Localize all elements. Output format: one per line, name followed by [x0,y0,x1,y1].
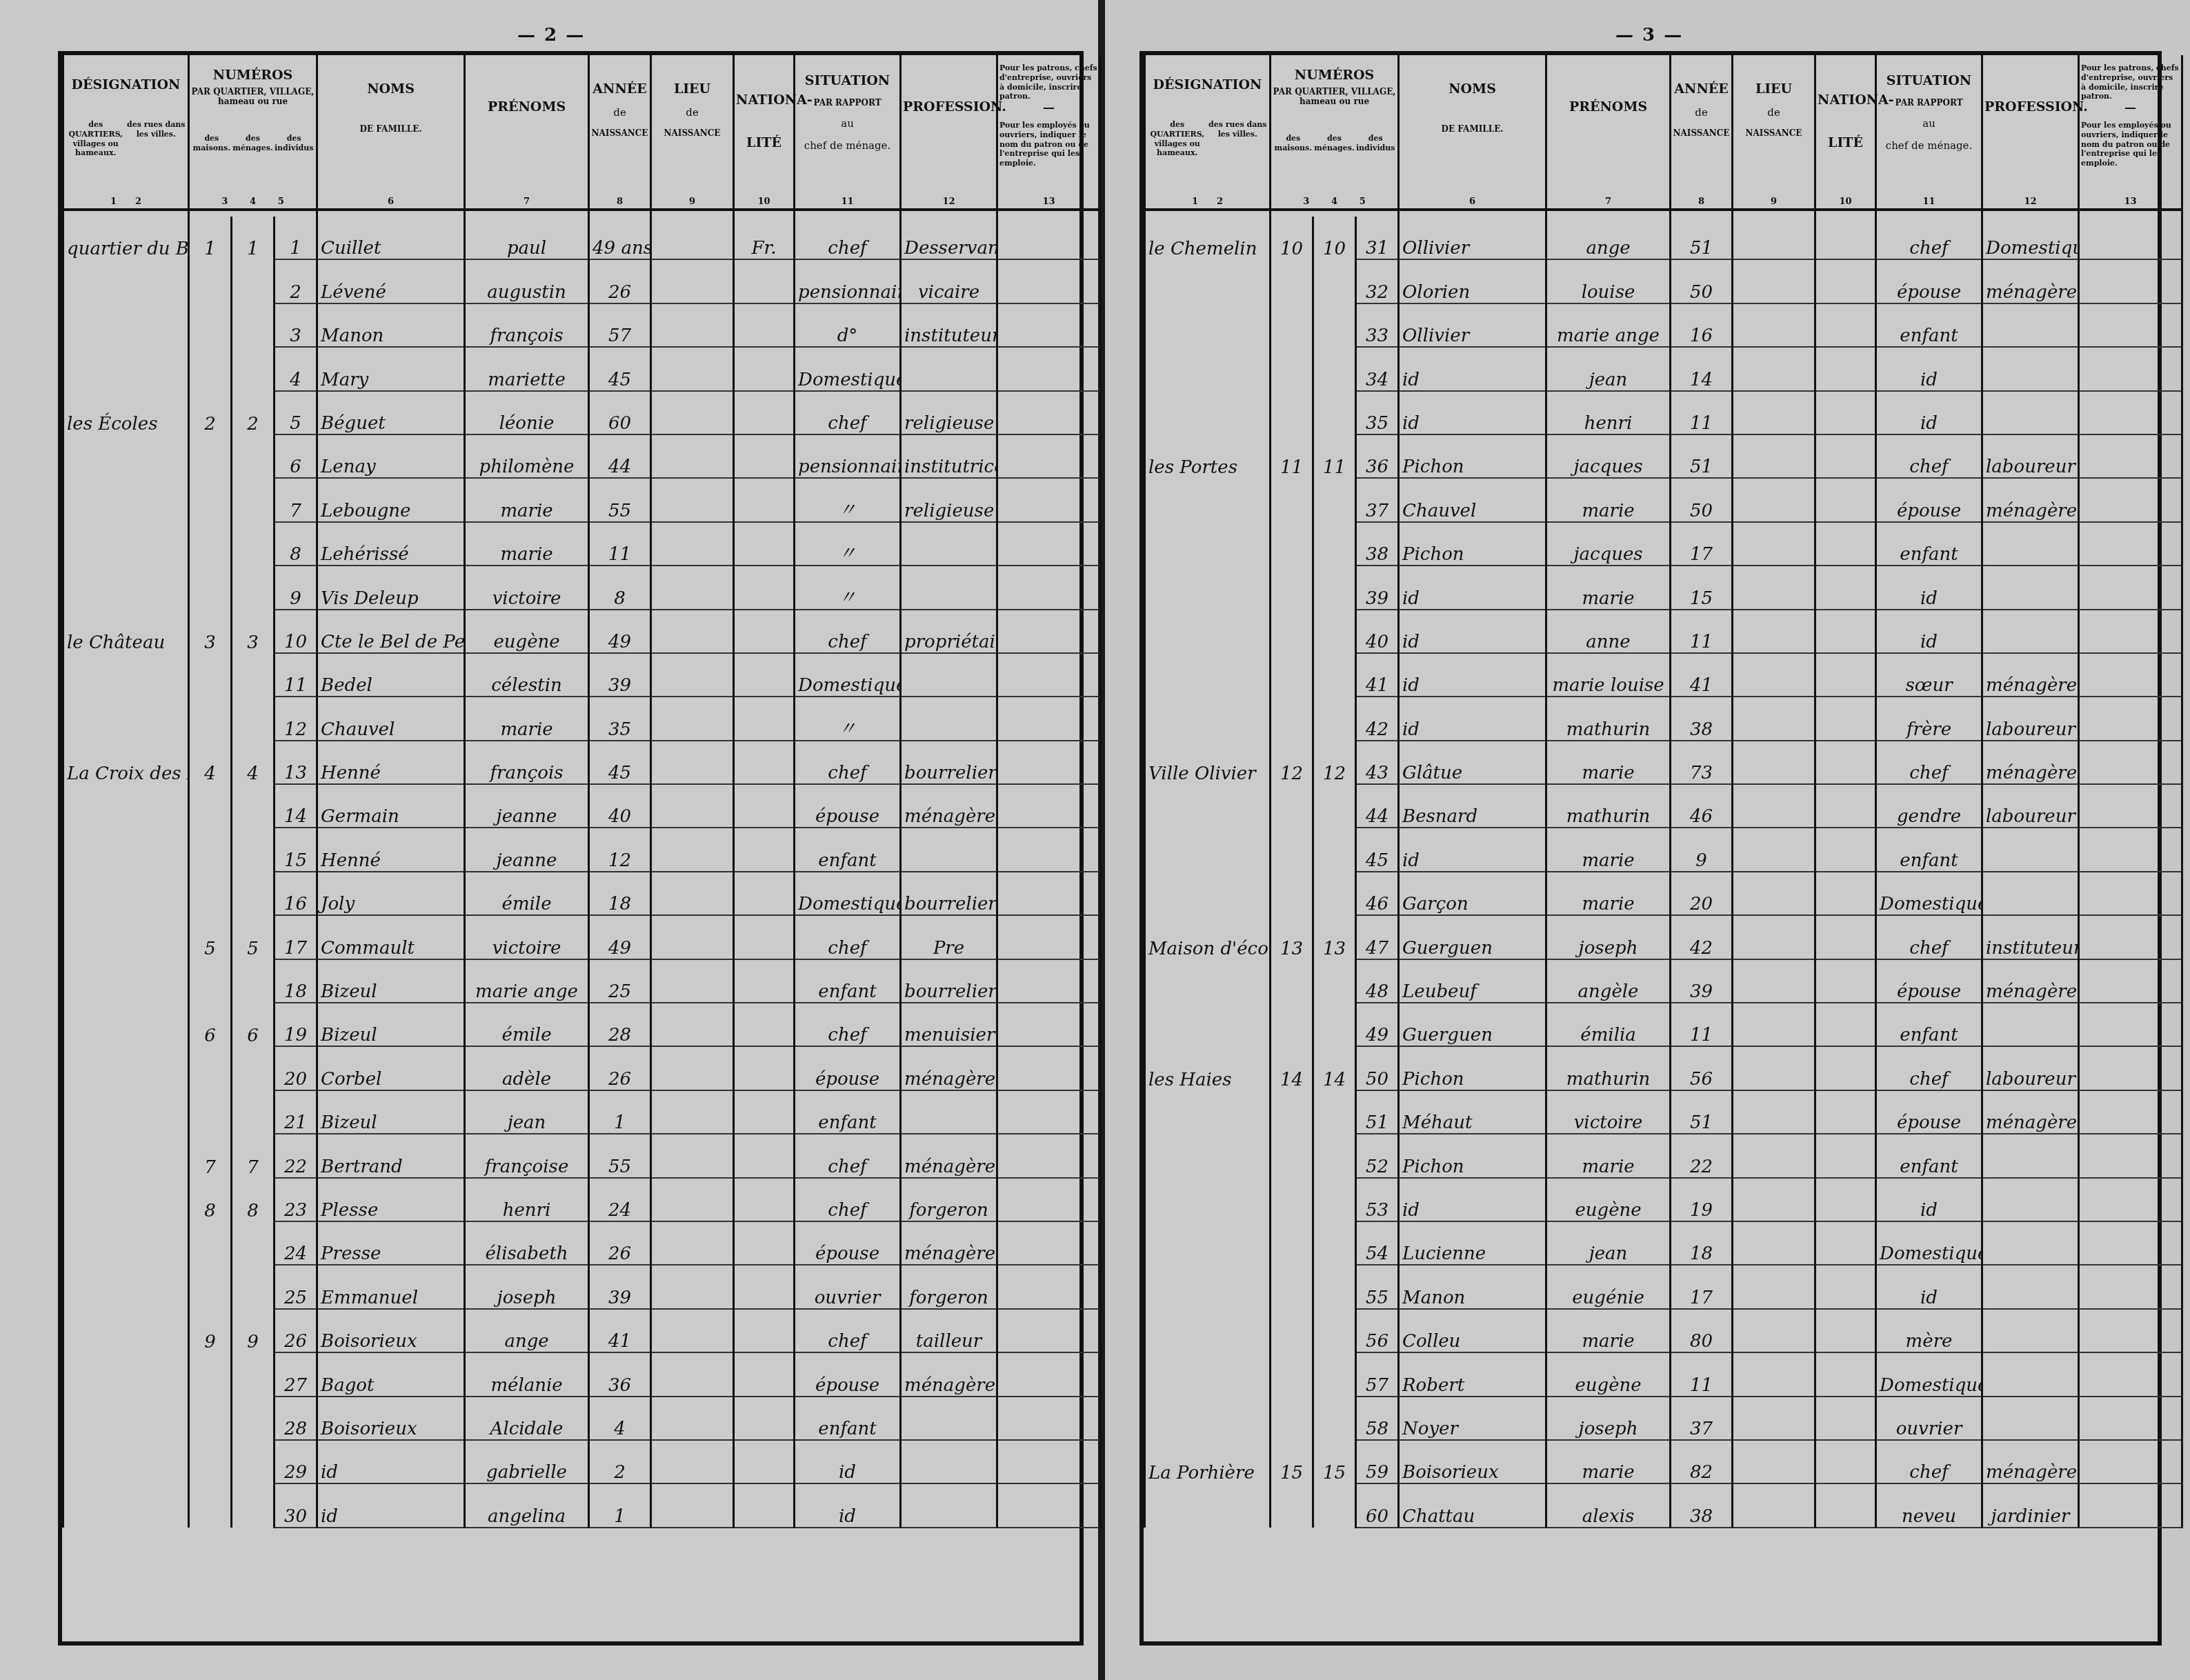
cell-situation: chef [1876,434,1982,478]
cell-situation: 〃 [795,478,901,521]
cell-maison [1271,303,1313,347]
cell-menage: 6 [232,1003,275,1046]
cell-nationalite [734,1134,795,1177]
cell-age: 2 [589,1440,651,1483]
cell-lieu [1733,872,1815,915]
cell-maison [1271,522,1313,566]
table-row: les Haies 14 14 50 Pichon mathurin 56 ch… [1145,1046,2182,1090]
cell-individu: 12 [275,697,317,740]
cell-lieu [1733,434,1815,478]
cell-age: 39 [589,653,651,697]
cell-designation [63,872,189,915]
cell-individu: 26 [275,1309,317,1352]
cell-prenom: jean [1546,347,1671,390]
cell-profession: ménagère [901,1134,997,1177]
cell-lieu [651,653,734,697]
cell-nom: Guerguen [1399,1003,1546,1046]
cell-designation [1145,784,1271,828]
cell-lieu [651,1134,734,1177]
cell-patron [2079,1046,2182,1090]
cell-prenom: jacques [1546,522,1671,566]
cell-nationalite [734,915,795,959]
cell-situation: chef [795,1134,901,1177]
cell-individu: 10 [275,610,317,653]
cell-nom: Bedel [317,653,465,697]
cell-lieu [651,1397,734,1440]
cell-menage [1313,653,1356,697]
cell-nationalite [734,1440,795,1483]
cell-individu: 49 [1356,1003,1399,1046]
cell-menage: 8 [232,1178,275,1221]
cell-age: 36 [589,1352,651,1396]
cell-situation: id [1876,1178,1982,1221]
cell-profession: Domestique [1982,217,2079,259]
cell-prenom: henri [465,1178,589,1221]
cell-patron [2079,478,2182,521]
cell-lieu [1733,391,1815,434]
cell-nationalite [734,1265,795,1308]
cell-profession [1982,522,2079,566]
cell-designation [1145,1265,1271,1308]
cell-patron [997,653,1101,697]
cell-nationalite [1815,217,1876,259]
cell-individu: 43 [1356,741,1399,784]
cell-patron [997,872,1101,915]
cell-individu: 16 [275,872,317,915]
cell-designation [63,434,189,478]
table-row: 20 Corbel adèle 26 épouse ménagère [63,1046,1101,1090]
cell-nationalite [1815,303,1876,347]
cell-menage [232,872,275,915]
cell-patron [2079,217,2182,259]
cell-age: 40 [589,784,651,828]
cell-prenom: jeanne [465,828,589,871]
cell-profession [1982,1352,2079,1396]
cell-nom: Vis Deleup [317,566,465,609]
cell-lieu [651,1440,734,1483]
cell-situation: neveu [1876,1483,1982,1527]
header-noms: NOMS DE FAMILLE. 6 [1399,55,1546,217]
cell-nom: Garçon [1399,872,1546,915]
cell-age: 35 [589,697,651,740]
cell-situation: ouvrier [795,1265,901,1308]
cell-lieu [1733,915,1815,959]
cell-patron [997,478,1101,521]
cell-nom: Commault [317,915,465,959]
cell-nationalite [1815,1352,1876,1396]
cell-situation: chef [795,915,901,959]
table-row: 60 Chattau alexis 38 neveu jardinier [1145,1483,2182,1527]
cell-nom: id [1399,566,1546,609]
cell-profession: forgeron [901,1178,997,1221]
cell-nom: Boisorieux [317,1397,465,1440]
header-situation: SITUATION PAR RAPPORT au chef de ménage.… [795,55,901,217]
cell-maison [189,872,232,915]
cell-age: 39 [589,1265,651,1308]
cell-prenom: eugène [1546,1178,1671,1221]
cell-lieu [651,872,734,915]
cell-nationalite [734,610,795,653]
cell-menage [232,478,275,521]
cell-menage [1313,347,1356,390]
cell-prenom: mathurin [1546,784,1671,828]
table-row: 39 id marie 15 id [1145,566,2182,609]
census-sheet: DÉSIGNATION des QUARTIERS, villages ou h… [58,51,1084,1646]
cell-situation: 〃 [795,566,901,609]
page-number: — 2 — [517,25,585,46]
cell-nationalite [1815,259,1876,303]
cell-patron [997,347,1101,390]
cell-nationalite [1815,959,1876,1003]
cell-lieu [1733,1352,1815,1396]
cell-patron [997,1440,1101,1483]
cell-nationalite [1815,1309,1876,1352]
cell-prenom: marie [1546,828,1671,871]
cell-profession [1982,1003,2079,1046]
cell-designation [63,259,189,303]
cell-menage: 12 [1313,741,1356,784]
table-row: 33 Ollivier marie ange 16 enfant [1145,303,2182,347]
header-patron: Pour les patrons, chefs d'entreprise, ou… [997,55,1101,217]
cell-lieu [1733,741,1815,784]
cell-designation [63,828,189,871]
cell-nationalite [734,1046,795,1090]
cell-situation: enfant [1876,1134,1982,1177]
table-row: 57 Robert eugène 11 Domestique [1145,1352,2182,1396]
cell-age: 80 [1671,1309,1733,1352]
cell-maison [1271,1265,1313,1308]
cell-maison: 11 [1271,434,1313,478]
cell-age: 18 [1671,1221,1733,1265]
cell-nom: Guerguen [1399,915,1546,959]
cell-maison [1271,1134,1313,1177]
cell-lieu [1733,653,1815,697]
cell-designation [1145,1352,1271,1396]
cell-profession: laboureur [1982,697,2079,740]
cell-individu: 1 [275,217,317,259]
cell-menage [232,259,275,303]
cell-menage [232,434,275,478]
cell-prenom: marie louise [1546,653,1671,697]
cell-patron [2079,1352,2182,1396]
table-row: 6 Lenay philomène 44 pensionnaire instit… [63,434,1101,478]
cell-maison: 14 [1271,1046,1313,1090]
table-row: 3 Manon françois 57 d° instituteur [63,303,1101,347]
cell-maison: 7 [189,1134,232,1177]
cell-maison: 10 [1271,217,1313,259]
cell-prenom: augustin [465,259,589,303]
cell-nom: Lucienne [1399,1221,1546,1265]
cell-situation: enfant [795,1090,901,1134]
cell-individu: 31 [1356,217,1399,259]
table-row: 2 Lévené augustin 26 pensionnaire vicair… [63,259,1101,303]
cell-designation [1145,610,1271,653]
cell-lieu [651,347,734,390]
cell-maison [1271,1309,1313,1352]
cell-maison [189,259,232,303]
cell-situation: gendre [1876,784,1982,828]
cell-nom: Henné [317,828,465,871]
cell-designation [1145,478,1271,521]
cell-nationalite [1815,1265,1876,1308]
cell-patron [997,303,1101,347]
header-lieu: LIEU de NAISSANCE 9 [651,55,734,217]
cell-menage [232,1483,275,1527]
table-row: 51 Méhaut victoire 51 épouse ménagère [1145,1090,2182,1134]
table-row: les Écoles 2 2 5 Béguet léonie 60 chef r… [63,391,1101,434]
cell-menage [232,1221,275,1265]
cell-nom: Henné [317,741,465,784]
cell-patron [997,259,1101,303]
cell-prenom: angelina [465,1483,589,1527]
cell-lieu [1733,347,1815,390]
cell-situation: pensionnaire [795,434,901,478]
table-row: 27 Bagot mélanie 36 épouse ménagère [63,1352,1101,1396]
cell-nationalite [1815,347,1876,390]
cell-lieu [651,217,734,259]
cell-individu: 47 [1356,915,1399,959]
cell-menage: 2 [232,391,275,434]
cell-nom: Glâtue [1399,741,1546,784]
cell-maison [1271,784,1313,828]
cell-designation [1145,391,1271,434]
cell-age: 26 [589,259,651,303]
cell-profession: ménagère [1982,741,2079,784]
cell-menage [232,1265,275,1308]
cell-patron [2079,784,2182,828]
cell-situation: épouse [795,1046,901,1090]
cell-nationalite [1815,741,1876,784]
table-row: 9 9 26 Boisorieux ange 41 chef tailleur [63,1309,1101,1352]
table-row: 5 5 17 Commault victoire 49 chef Pre [63,915,1101,959]
cell-patron [997,1003,1101,1046]
cell-nationalite [734,303,795,347]
cell-patron [2079,303,2182,347]
cell-profession: ménagère [1982,1090,2079,1134]
cell-nom: Boisorieux [317,1309,465,1352]
cell-nationalite [734,1352,795,1396]
cell-maison [1271,1352,1313,1396]
cell-prenom: Alcidale [465,1397,589,1440]
cell-patron [2079,522,2182,566]
cell-lieu [1733,217,1815,259]
table-row: 6 6 19 Bizeul émile 28 chef menuisier [63,1003,1101,1046]
cell-age: 11 [1671,391,1733,434]
cell-situation: Domestique [1876,872,1982,915]
cell-nationalite [1815,1483,1876,1527]
cell-profession: menuisier [901,1003,997,1046]
cell-maison [1271,828,1313,871]
cell-maison [189,1221,232,1265]
cell-menage: 1 [232,217,275,259]
cell-age: 42 [1671,915,1733,959]
table-row: 53 id eugène 19 id [1145,1178,2182,1221]
cell-maison [189,434,232,478]
cell-nom: Germain [317,784,465,828]
table-row: 15 Henné jeanne 12 enfant [63,828,1101,871]
cell-lieu [651,1221,734,1265]
cell-nom: Colleu [1399,1309,1546,1352]
cell-menage [1313,872,1356,915]
cell-prenom: alexis [1546,1483,1671,1527]
cell-nom: Corbel [317,1046,465,1090]
cell-age: 51 [1671,217,1733,259]
cell-lieu [651,1265,734,1308]
cell-designation: Maison d'école [1145,915,1271,959]
cell-maison [1271,610,1313,653]
cell-menage: 14 [1313,1046,1356,1090]
cell-age: 37 [1671,1397,1733,1440]
cell-nationalite [1815,828,1876,871]
cell-prenom: marie ange [465,959,589,1003]
cell-individu: 14 [275,784,317,828]
cell-profession: vicaire [901,259,997,303]
cell-prenom: marie [465,697,589,740]
cell-prenom: louise [1546,259,1671,303]
cell-prenom: léonie [465,391,589,434]
cell-situation: enfant [1876,303,1982,347]
cell-designation [63,478,189,521]
cell-profession: ménagère [1982,959,2079,1003]
cell-nationalite [734,1309,795,1352]
cell-nom: Boisorieux [1399,1440,1546,1483]
cell-nationalite [1815,1178,1876,1221]
cell-individu: 37 [1356,478,1399,521]
cell-profession [1982,1134,2079,1177]
cell-profession: ménagère [1982,259,2079,303]
cell-designation [63,566,189,609]
cell-profession [901,1397,997,1440]
cell-patron [2079,259,2182,303]
cell-prenom: marie [1546,872,1671,915]
cell-prenom: émile [465,1003,589,1046]
table-row: 29 id gabrielle 2 id [63,1440,1101,1483]
cell-lieu [651,478,734,521]
cell-prenom: joseph [1546,1397,1671,1440]
cell-age: 73 [1671,741,1733,784]
cell-age: 11 [589,522,651,566]
table-row: 58 Noyer joseph 37 ouvrier [1145,1397,2182,1440]
table-row: La Croix des Portes 4 4 13 Henné françoi… [63,741,1101,784]
cell-nationalite [1815,610,1876,653]
cell-situation: enfant [795,1397,901,1440]
table-row: le Château 3 3 10 Cte le Bel de Penguill… [63,610,1101,653]
cell-profession [1982,566,2079,609]
cell-lieu [1733,959,1815,1003]
cell-age: 49 [589,610,651,653]
cell-profession [901,697,997,740]
cell-patron [997,915,1101,959]
cell-situation: id [1876,347,1982,390]
table-row: 25 Emmanuel joseph 39 ouvrier forgeron [63,1265,1101,1308]
cell-designation [1145,959,1271,1003]
table-row: 8 8 23 Plesse henri 24 chef forgeron [63,1178,1101,1221]
table-row: 28 Boisorieux Alcidale 4 enfant [63,1397,1101,1440]
table-row: Maison d'école 13 13 47 Guerguen joseph … [1145,915,2182,959]
cell-situation: épouse [1876,1090,1982,1134]
cell-patron [2079,653,2182,697]
cell-menage [232,522,275,566]
cell-profession: laboureur [1982,1046,2079,1090]
cell-prenom: eugénie [1546,1265,1671,1308]
cell-maison [189,1397,232,1440]
cell-menage [1313,1352,1356,1396]
cell-nationalite [734,1483,795,1527]
cell-nationalite [1815,915,1876,959]
cell-age: 41 [1671,653,1733,697]
header-designation: DÉSIGNATION des QUARTIERS, villages ou h… [1145,55,1271,217]
cell-prenom: jean [465,1090,589,1134]
cell-menage [1313,1178,1356,1221]
cell-age: 8 [589,566,651,609]
cell-age: 44 [589,434,651,478]
cell-age: 20 [1671,872,1733,915]
cell-nationalite [1815,1003,1876,1046]
table-row: 37 Chauvel marie 50 épouse ménagère [1145,478,2182,521]
cell-designation [63,1003,189,1046]
header-patron: Pour les patrons, chefs d'entreprise, ou… [2079,55,2182,217]
cell-designation [1145,303,1271,347]
cell-prenom: françoise [465,1134,589,1177]
table-row: La Porhière 15 15 59 Boisorieux marie 82… [1145,1440,2182,1483]
cell-individu: 59 [1356,1440,1399,1483]
cell-patron [2079,434,2182,478]
cell-maison [189,1440,232,1483]
cell-patron [2079,1134,2182,1177]
right-page: — 3 — DÉSIGNATION des QUARTIERS, village… [1105,0,2190,1680]
table-row: 24 Presse élisabeth 26 épouse ménagère [63,1221,1101,1265]
table-row: 14 Germain jeanne 40 épouse ménagère [63,784,1101,828]
cell-nom: id [1399,1178,1546,1221]
cell-situation: chef [1876,1440,1982,1483]
cell-profession: ménagère [901,1352,997,1396]
cell-individu: 24 [275,1221,317,1265]
header-profession: PROFESSION. 12 [901,55,997,217]
cell-prenom: célestin [465,653,589,697]
cell-nationalite [734,653,795,697]
table-row: 48 Leubeuf angèle 39 épouse ménagère [1145,959,2182,1003]
cell-situation: frère [1876,697,1982,740]
cell-nom: Ollivier [1399,217,1546,259]
cell-maison [1271,1221,1313,1265]
cell-profession [1982,828,2079,871]
cell-situation: épouse [1876,478,1982,521]
cell-nom: Bertrand [317,1134,465,1177]
cell-age: 17 [1671,1265,1733,1308]
cell-menage [1313,391,1356,434]
cell-lieu [651,1178,734,1221]
cell-age: 56 [1671,1046,1733,1090]
cell-prenom: eugène [465,610,589,653]
cell-age: 1 [589,1483,651,1527]
cell-designation [63,1397,189,1440]
header-designation: DÉSIGNATION des QUARTIERS, villages ou h… [63,55,189,217]
cell-nationalite [734,522,795,566]
cell-patron [2079,1178,2182,1221]
cell-patron [2079,1090,2182,1134]
cell-patron [2079,1440,2182,1483]
cell-menage [232,828,275,871]
cell-situation: enfant [795,959,901,1003]
table-row: 55 Manon eugénie 17 id [1145,1265,2182,1308]
cell-profession: propriétaire [901,610,997,653]
table-row: 7 7 22 Bertrand françoise 55 chef ménagè… [63,1134,1101,1177]
cell-nom: id [1399,697,1546,740]
cell-designation [63,522,189,566]
cell-age: 17 [1671,522,1733,566]
cell-prenom: marie [1546,478,1671,521]
cell-nom: Robert [1399,1352,1546,1396]
